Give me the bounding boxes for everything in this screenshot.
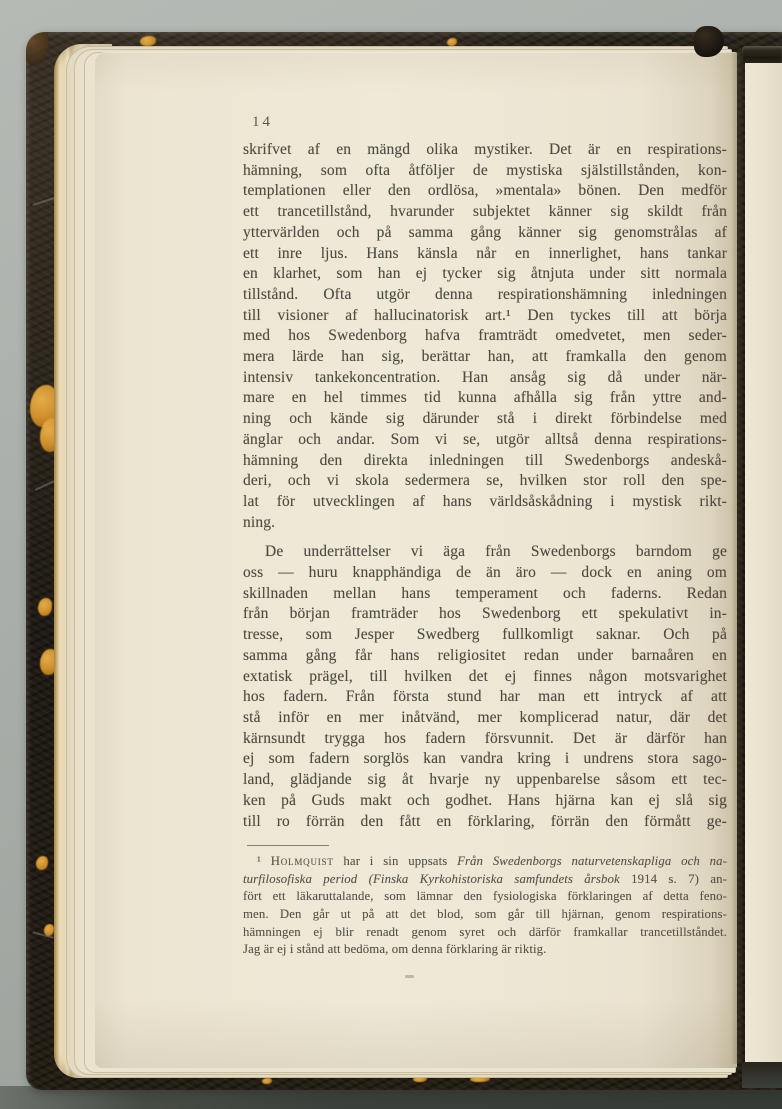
text-segment-normal: 1914 s. 7) an- — [631, 872, 727, 886]
text-line: ¹ Holmquist har i sin uppsats Från Swede… — [243, 853, 727, 871]
text-segment-normal: hämningen ej blir renadt genom syret och… — [243, 925, 727, 939]
text-line: hämningen ej blir renadt genom syret och… — [243, 924, 727, 942]
text-line: tresse, som Jesper Swedberg fullkomligt … — [243, 625, 727, 646]
text-line: hämning den direkta inledningen till Swe… — [243, 451, 727, 472]
text-line: mera lärde han sig, berättar han, att fr… — [243, 347, 727, 368]
text-line: från början framträder hos Swedenborg et… — [243, 604, 727, 625]
text-line: men. Den går ut på att det blod, som går… — [243, 906, 727, 924]
footnote: ¹ Holmquist har i sin uppsats Från Swede… — [243, 853, 727, 959]
text-line: tillstånd. Ofta utgör denna respirations… — [243, 285, 727, 306]
page-number: 14 — [252, 114, 273, 131]
text-line: änglar och andar. Som vi se, utgör allts… — [243, 430, 727, 451]
text-line: med hos Swedenborg hafva framträdt omedv… — [243, 326, 727, 347]
text-block: skrifvet af en mängd olika mystiker. Det… — [243, 140, 727, 959]
text-line: hos fadern. Från första stund har man et… — [243, 687, 727, 708]
footnote-separator — [247, 845, 329, 846]
facing-page-edge — [745, 58, 782, 1062]
text-line: Jag är ej i stånd att bedöma, om denna f… — [243, 941, 727, 959]
text-line: ett inre ljus. Hans känsla når en innerl… — [243, 244, 727, 265]
text-line: fört ett läkaruttalande, som lämnar den … — [243, 888, 727, 906]
facing-page-bottom-shadow — [742, 1062, 782, 1088]
text-segment-normal: fört ett läkaruttalande, som lämnar den … — [243, 889, 727, 903]
text-line: skillnaden mellan hans temperament och f… — [243, 584, 727, 605]
text-line: till ro förrän den fått en förklaring, f… — [243, 812, 727, 833]
marble-spot — [38, 598, 52, 616]
text-line: skrifvet af en mängd olika mystiker. Det… — [243, 140, 727, 161]
print-artifact — [405, 975, 414, 978]
text-segment-italic: turfilosofiska period (Finska Kyrkohisto… — [243, 872, 631, 886]
text-segment-normal: Jag är ej i stånd att bedöma, om denna f… — [243, 942, 546, 956]
text-line: oss — huru knapphändiga de än äro — dock… — [243, 563, 727, 584]
text-segment-normal: men. Den går ut på att det blod, som går… — [243, 907, 727, 921]
text-line: till visioner af hallucinatorisk art.¹ D… — [243, 306, 727, 327]
text-line: lat för utvecklingen af hans världsåskåd… — [243, 492, 727, 513]
text-line: De underrättelser vi äga från Swedenborg… — [243, 542, 727, 563]
text-line: mare en hel timmes tid kunna afhålla sig… — [243, 388, 727, 409]
text-line: turfilosofiska period (Finska Kyrkohisto… — [243, 871, 727, 889]
text-line: ett trancetillstånd, hvarunder subjektet… — [243, 202, 727, 223]
text-line: kärnsundt trygga hos fadern försvunnit. … — [243, 729, 727, 750]
text-segment-normal: ¹ — [257, 854, 271, 868]
gutter-fold-shadow — [731, 52, 745, 1064]
text-line: templationen eller den ordlösa, »mentala… — [243, 181, 727, 202]
text-segment-normal: har i sin uppsats — [334, 854, 457, 868]
text-line: hämning, som ofta åtföljer de mystiska s… — [243, 161, 727, 182]
text-line: samma gång får hans religiositet redan u… — [243, 646, 727, 667]
text-line: extatisk prägel, till hvilken det ej fin… — [243, 667, 727, 688]
text-line: stå inför en mer inåtvänd, mer komplicer… — [243, 708, 727, 729]
facing-cover-edge — [742, 46, 782, 63]
marble-spot — [36, 856, 48, 870]
leather-worn-corner — [26, 32, 48, 66]
text-line: ken på Guds makt och godhet. Hans hjärna… — [243, 791, 727, 812]
text-line: yttervärlden och på samma gång känner si… — [243, 223, 727, 244]
book-page: 14 skrifvet af en mängd olika mystiker. … — [95, 52, 737, 1068]
text-line: ej som fadern sorglös kan vandra kring i… — [243, 749, 727, 770]
paragraph: skrifvet af en mängd olika mystiker. Det… — [243, 140, 727, 533]
text-line: ning. — [243, 513, 727, 534]
text-line: land, glädjande sig åt hvarje ny uppenba… — [243, 770, 727, 791]
scanned-book-photo: 14 skrifvet af en mängd olika mystiker. … — [0, 0, 782, 1109]
text-line: intensiv tankekoncentration. Han ansåg s… — [243, 368, 727, 389]
text-segment-smallcaps: Holmquist — [271, 854, 334, 868]
text-line: deri, och vi skola sedermera se, hvilken… — [243, 471, 727, 492]
marble-spot — [262, 1078, 272, 1084]
marble-spot — [447, 38, 457, 46]
paragraph: De underrättelser vi äga från Swedenborg… — [243, 542, 727, 832]
marble-spot — [140, 36, 156, 46]
text-segment-italic: Från Swedenborgs naturvetenskapliga och … — [457, 854, 727, 868]
text-line: en klarhet, som han ej tycker sig åtnjut… — [243, 264, 727, 285]
text-line: ning och kände sig därunder stå i direkt… — [243, 409, 727, 430]
